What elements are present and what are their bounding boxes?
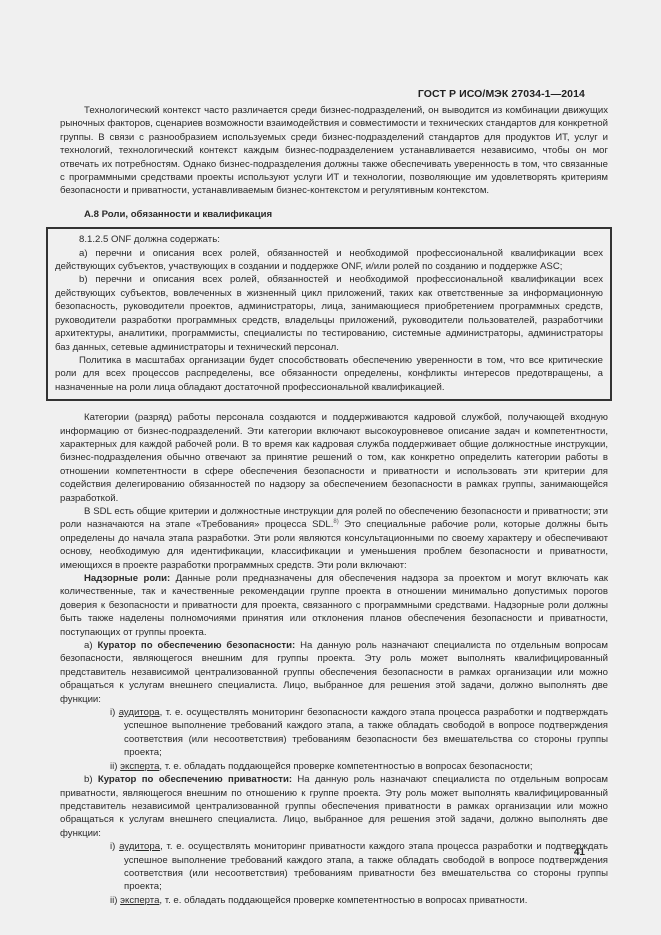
categories-paragraph: Категории (разряд) работы персонала созд… — [60, 411, 608, 505]
sdl-paragraph: В SDL есть общие критерии и должностные … — [60, 505, 608, 572]
quote-clause: 8.1.2.5 ONF должна содержать: — [55, 233, 603, 246]
role-a-prefix: а) — [84, 640, 97, 651]
document-page: ГОСТ Р ИСО/МЭК 27034-1—2014 Технологичес… — [0, 0, 661, 935]
list-marker: ii) — [110, 895, 120, 906]
role-a-function-i: i) аудитора, т. е. осуществлять монитори… — [110, 706, 608, 760]
role-b-function-ii: ii) эксперта, т. е. обладать поддающейся… — [110, 894, 608, 907]
role-a-paragraph: а) Куратор по обеспечению безопасности: … — [60, 639, 608, 706]
list-marker: ii) — [110, 761, 120, 772]
intro-paragraph: Технологический контекст часто различает… — [60, 104, 608, 198]
oversight-roles-paragraph: Надзорные роли: Данные роли предназначен… — [60, 572, 608, 639]
function-text: , т. е. обладать поддающейся проверке ко… — [159, 895, 527, 906]
role-a-label: Куратор по обеспечению безопасности: — [97, 640, 295, 651]
role-b-functions: i) аудитора, т. е. осуществлять монитори… — [60, 840, 608, 907]
role-b-paragraph: b) Куратор по обеспечению приватности: Н… — [60, 773, 608, 840]
list-marker: i) — [110, 707, 119, 718]
function-term: аудитора — [119, 841, 160, 852]
function-text: , т. е. осуществлять мониторинг безопасн… — [124, 707, 608, 758]
list-marker: i) — [110, 841, 119, 852]
function-term: эксперта — [120, 761, 159, 772]
role-a-function-ii: ii) эксперта, т. е. обладать поддающейся… — [110, 760, 608, 773]
section-heading-a8: А.8 Роли, обязанности и квалификация — [60, 208, 608, 221]
role-a-functions: i) аудитора, т. е. осуществлять монитори… — [60, 706, 608, 773]
role-b-label: Куратор по обеспечению приватности: — [98, 774, 292, 785]
function-text: , т. е. осуществлять мониторинг приватно… — [124, 841, 608, 892]
oversight-roles-label: Надзорные роли: — [84, 573, 170, 584]
standard-header: ГОСТ Р ИСО/МЭК 27034-1—2014 — [418, 88, 585, 101]
quote-item-b: b) перечни и описания всех ролей, обязан… — [55, 273, 603, 353]
function-term: аудитора — [119, 707, 160, 718]
role-b-function-i: i) аудитора, т. е. осуществлять монитори… — [110, 840, 608, 894]
quote-item-a: а) перечни и описания всех ролей, обязан… — [55, 247, 603, 274]
page-number: 41 — [574, 846, 585, 859]
function-term: эксперта — [120, 895, 159, 906]
page-content: Технологический контекст часто различает… — [60, 104, 608, 907]
quote-policy: Политика в масштабах организации будет с… — [55, 354, 603, 394]
function-text: , т. е. обладать поддающейся проверке ко… — [159, 761, 532, 772]
role-b-prefix: b) — [84, 774, 98, 785]
quoted-requirement-box: 8.1.2.5 ONF должна содержать: а) перечни… — [46, 227, 612, 401]
